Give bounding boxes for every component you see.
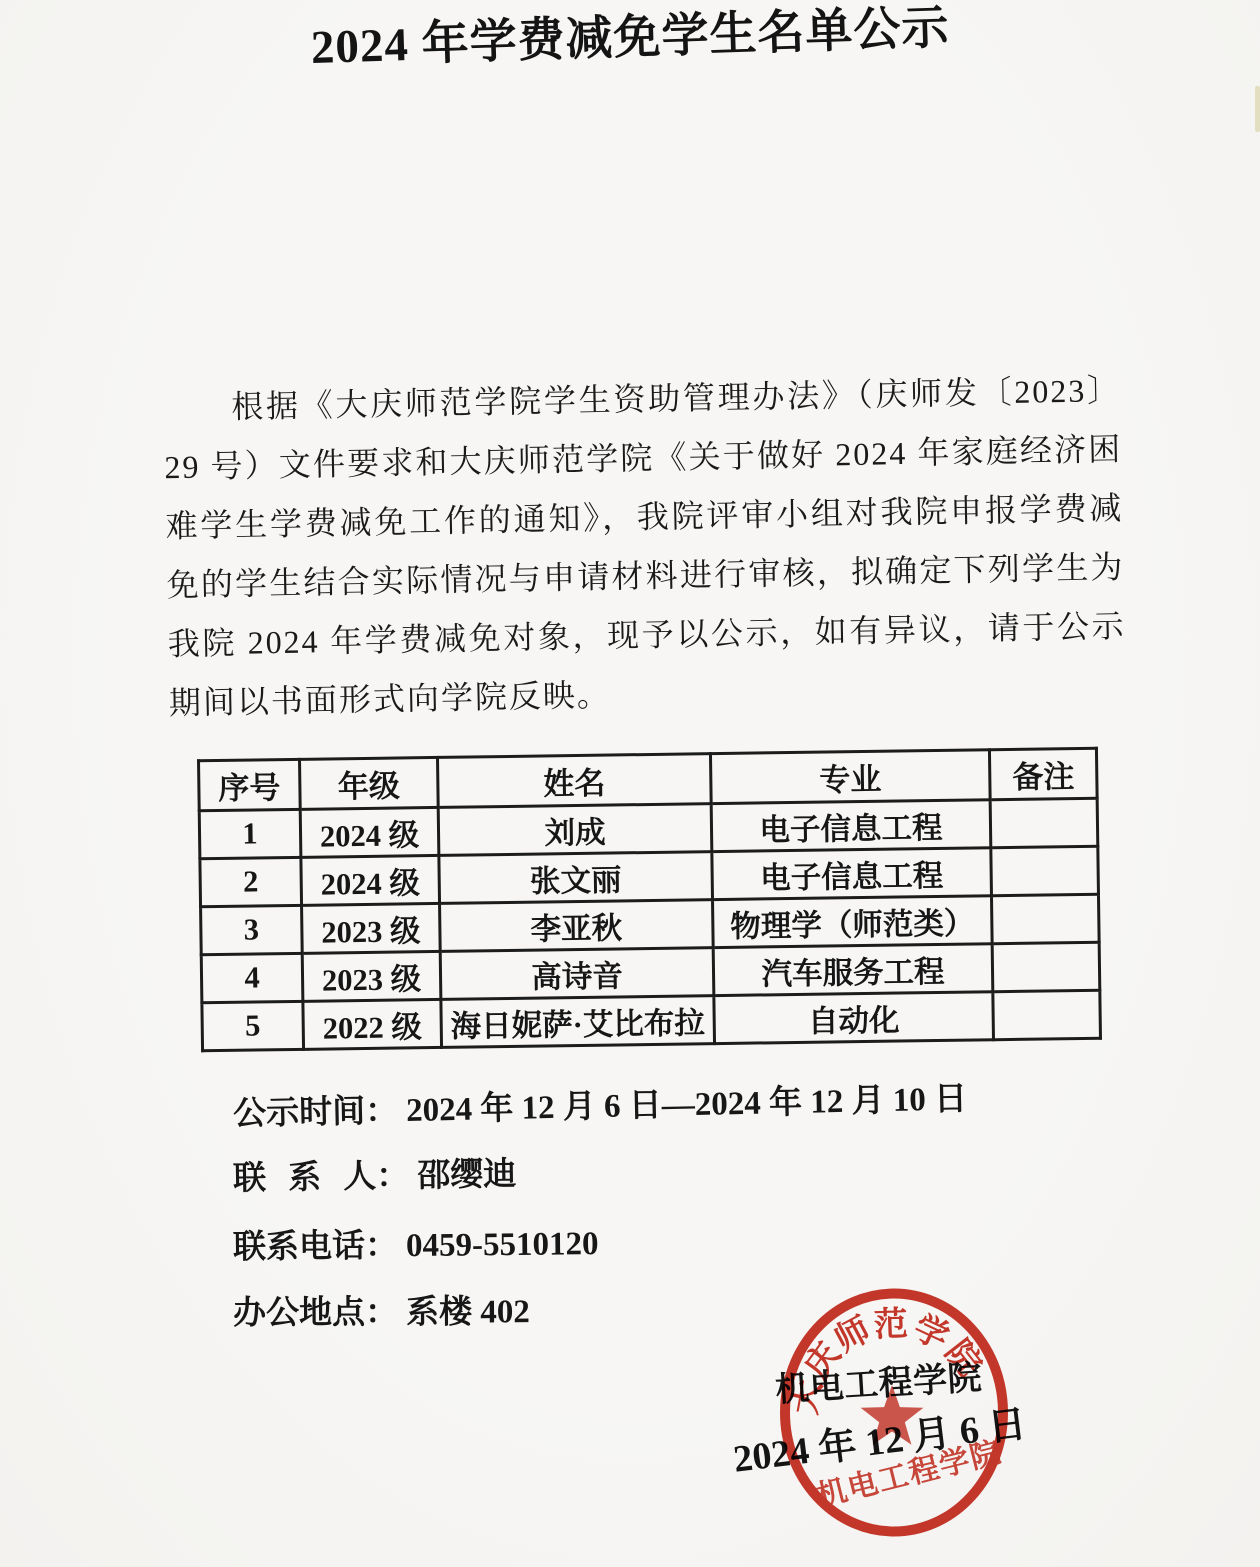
seal-star-icon <box>861 1385 924 1445</box>
table-cell: 5 <box>202 1001 304 1050</box>
fee-table-body: 12024 级刘成电子信息工程22024 级张文丽电子信息工程32023 级李亚… <box>199 798 1100 1051</box>
office-location-label: 办公地点： <box>233 1295 398 1332</box>
table-cell: 2023 级 <box>302 951 441 1001</box>
table-header-cell: 专业 <box>710 750 990 804</box>
table-cell: 物理学（师范类） <box>713 896 993 948</box>
table-cell: 1 <box>199 809 301 858</box>
table-header-cell: 备注 <box>989 748 1097 799</box>
seal-ring-char: 范 <box>873 1305 908 1344</box>
seal-bottom-text: 机电工程学院 <box>814 1436 1005 1514</box>
office-location-line: 办公地点：系楼 402 <box>233 1285 530 1334</box>
official-seal: 大庆师范学院 机电工程学院 <box>760 1272 1030 1557</box>
table-cell <box>992 942 1100 991</box>
table-header-cell: 姓名 <box>437 754 711 808</box>
fee-waiver-table: 序号 年级 姓名 专业 备注 12024 级刘成电子信息工程22024 级张文丽… <box>197 747 1102 1053</box>
table-cell: 2023 级 <box>302 903 441 953</box>
table-cell: 4 <box>201 953 303 1002</box>
table-cell: 电子信息工程 <box>711 800 991 852</box>
table-cell: 2024 级 <box>300 807 439 857</box>
table-cell: 李亚秋 <box>440 900 714 952</box>
table-cell: 刘成 <box>438 804 712 856</box>
table-cell <box>990 798 1098 847</box>
seal-ring-char: 大 <box>786 1377 829 1417</box>
table-cell: 2022 级 <box>303 999 442 1049</box>
table-cell: 2 <box>200 857 302 906</box>
body-paragraph: 根据《大庆师范学院学生资助管理办法》（庆师发〔2023〕 29 号）文件要求和大… <box>163 361 1128 733</box>
contact-phone-line: 联系电话：0459-5510120 <box>233 1217 599 1268</box>
table-cell: 汽车服务工程 <box>713 944 993 996</box>
contact-person-value: 邵缨迪 <box>417 1157 517 1195</box>
contact-phone-label: 联系电话： <box>233 1228 398 1266</box>
table-header-cell: 年级 <box>300 757 439 809</box>
table-cell: 张文丽 <box>439 852 713 904</box>
office-location-value: 系楼 402 <box>406 1294 530 1331</box>
table-cell: 高诗音 <box>440 948 714 1000</box>
contact-person-line: 联 系 人：邵缨迪 <box>233 1148 517 1199</box>
table-cell <box>993 990 1101 1039</box>
scan-edge-artifact <box>1255 86 1260 132</box>
table-cell: 海日妮萨·艾比布拉 <box>441 996 715 1048</box>
publicity-period-value: 2024 年 12 月 6 日—2024 年 12 月 10 日 <box>406 1081 968 1129</box>
publicity-period-label: 公示时间： <box>233 1093 399 1132</box>
contact-person-label: 联 系 人： <box>233 1158 410 1197</box>
table-cell: 3 <box>201 905 303 954</box>
table-cell: 2024 级 <box>301 855 440 905</box>
contact-phone-value: 0459-5510120 <box>406 1226 599 1264</box>
publicity-period-line: 公示时间：2024 年 12 月 6 日—2024 年 12 月 10 日 <box>233 1072 968 1134</box>
table-header-cell: 序号 <box>199 759 301 810</box>
table-cell <box>991 846 1099 895</box>
table-cell: 电子信息工程 <box>712 848 992 900</box>
document-title: 2024 年学费减免学生名单公示 <box>0 0 1260 87</box>
table-cell: 自动化 <box>714 992 994 1044</box>
scanned-notice-page: 2024 年学费减免学生名单公示 根据《大庆师范学院学生资助管理办法》（庆师发〔… <box>0 0 1260 1567</box>
table-cell <box>991 894 1099 943</box>
